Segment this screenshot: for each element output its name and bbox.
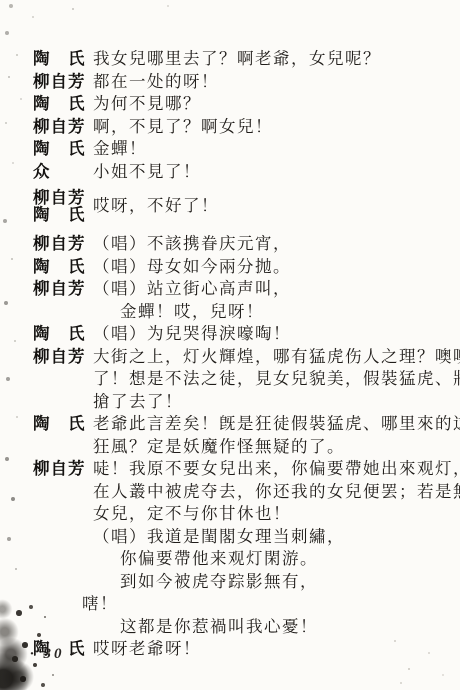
speaker-name: 陶 氏 — [33, 93, 93, 116]
dialogue-text: （唱）为兒哭得淚嚎啕！ — [93, 323, 460, 346]
script-line: 在人叢中被虎夺去，你还我的女兒便罢；若是無有 — [33, 481, 460, 504]
speaker-name: 众 — [33, 161, 93, 184]
dialogue-text: 狂風？定是妖魔作怪無疑的了。 — [93, 436, 460, 459]
speaker-name: 陶 氏 — [33, 48, 93, 71]
script-line: 陶 氏 （唱）母女如今兩分抛。 — [33, 256, 460, 279]
dialogue-text: 这都是你惹禍叫我心憂！ — [120, 616, 460, 639]
speaker-name: 陶 氏 — [33, 323, 93, 346]
dialogue-text: 搶了去了！ — [93, 391, 460, 414]
script-line: 众 小姐不見了！ — [33, 161, 460, 184]
script-line: 你偏要帶他来观灯閑游。 — [33, 548, 460, 571]
script-line: 这都是你惹禍叫我心憂！ — [33, 616, 460, 639]
script-line: 柳自芳 唗！我原不要女兒出来，你偏要帶她出來观灯，今 — [33, 458, 460, 481]
script-line: 陶 氏 为何不見哪？ — [33, 93, 460, 116]
dialogue-text: 金蟬！ — [93, 138, 460, 161]
dialogue-text: （唱）母女如今兩分抛。 — [93, 256, 460, 279]
script-line: 陶 氏 哎呀老爺呀！ — [33, 638, 460, 661]
script-line: 嗐！ — [33, 593, 460, 616]
dialogue-text: 我女兒哪里去了？啊老爺，女兒呢？ — [93, 48, 460, 71]
script-line: 陶 氏 我女兒哪里去了？啊老爺，女兒呢？ — [33, 48, 460, 71]
scanned-script-page: 陶 氏 我女兒哪里去了？啊老爺，女兒呢？ 柳自芳 都在一处的呀！ 陶 氏 为何不… — [0, 0, 460, 690]
speaker-name: 陶 氏 — [33, 256, 93, 279]
script-line: 柳自芳陶 氏 哎呀，不好了！ — [33, 189, 460, 223]
script-line: 柳自芳 啊，不見了？啊女兒！ — [33, 116, 460, 139]
script-line: 柳自芳 大街之上，灯火輝煌，哪有猛虎伤人之理？噢噢是 — [33, 346, 460, 369]
scan-noise-bottom-left-dots — [4, 600, 6, 602]
script-line: 女兒，定不与你甘休也！ — [33, 503, 460, 526]
dialogue-text: 在人叢中被虎夺去，你还我的女兒便罢；若是無有 — [93, 481, 460, 504]
dialogue-text: 女兒，定不与你甘休也！ — [93, 503, 460, 526]
dialogue-text: 金蟬！哎，兒呀！ — [120, 301, 460, 324]
scan-noise-top-left — [2, 2, 4, 4]
speaker-name: 柳自芳 — [33, 71, 93, 94]
speaker-name: 柳自芳陶 氏 — [33, 189, 93, 223]
dialogue-text: 啊，不見了？啊女兒！ — [93, 116, 460, 139]
dialogue-text: 哎呀，不好了！ — [93, 195, 460, 218]
dialogue-text: （唱）我道是閨閣女理当刺繡， — [93, 526, 460, 549]
script-line: 搶了去了！ — [33, 391, 460, 414]
script-line: 柳自芳 （唱）站立街心高声叫， — [33, 278, 460, 301]
speaker-name: 陶 氏 — [33, 138, 93, 161]
script-line: 陶 氏 金蟬！ — [33, 138, 460, 161]
speaker-name: 陶 氏 — [33, 413, 93, 436]
dialogue-text: 大街之上，灯火輝煌，哪有猛虎伤人之理？噢噢是 — [93, 346, 460, 369]
scan-noise-bottom-left-blob — [0, 596, 60, 690]
speaker-name: 柳自芳 — [33, 233, 93, 256]
script-line: 了！想是不法之徒，見女兒貌美，假裝猛虎、將她 — [33, 368, 460, 391]
scan-noise-bottom-right — [388, 634, 390, 636]
speaker-name: 柳自芳 — [33, 458, 93, 481]
dialogue-text: 到如今被虎夺踪影無有， — [120, 571, 460, 594]
dialogue-text: 为何不見哪？ — [93, 93, 460, 116]
script-body: 陶 氏 我女兒哪里去了？啊老爺，女兒呢？ 柳自芳 都在一处的呀！ 陶 氏 为何不… — [0, 48, 460, 661]
dialogue-text: （唱）站立街心高声叫， — [93, 278, 460, 301]
dialogue-text: 老爺此言差矣！旣是狂徒假裝猛虎、哪里來的这陣 — [93, 413, 460, 436]
script-line: 柳自芳 都在一处的呀！ — [33, 71, 460, 94]
script-line: 到如今被虎夺踪影無有， — [33, 571, 460, 594]
dialogue-text: 嗐！ — [82, 593, 460, 616]
script-line: 陶 氏 老爺此言差矣！旣是狂徒假裝猛虎、哪里來的这陣 — [33, 413, 460, 436]
speaker-name: 柳自芳 — [33, 278, 93, 301]
dialogue-text: 唗！我原不要女兒出来，你偏要帶她出來观灯，今 — [93, 458, 460, 481]
script-line: 狂風？定是妖魔作怪無疑的了。 — [33, 436, 460, 459]
speaker-name: 柳自芳 — [33, 346, 93, 369]
scan-noise-left-edge — [2, 210, 4, 212]
speaker-name: 柳自芳 — [33, 116, 93, 139]
script-line: 柳自芳 （唱）不該携眷庆元宵， — [33, 233, 460, 256]
script-line: 金蟬！哎，兒呀！ — [33, 301, 460, 324]
script-line: 陶 氏 （唱）为兒哭得淚嚎啕！ — [33, 323, 460, 346]
dialogue-text: 哎呀老爺呀！ — [93, 638, 460, 661]
dialogue-text: （唱）不該携眷庆元宵， — [93, 233, 460, 256]
dialogue-text: 了！想是不法之徒，見女兒貌美，假裝猛虎、將她 — [93, 368, 460, 391]
dialogue-text: 你偏要帶他来观灯閑游。 — [120, 548, 460, 571]
script-line: （唱）我道是閨閣女理当刺繡， — [33, 526, 460, 549]
dialogue-text: 小姐不見了！ — [93, 161, 460, 184]
dialogue-text: 都在一处的呀！ — [93, 71, 460, 94]
